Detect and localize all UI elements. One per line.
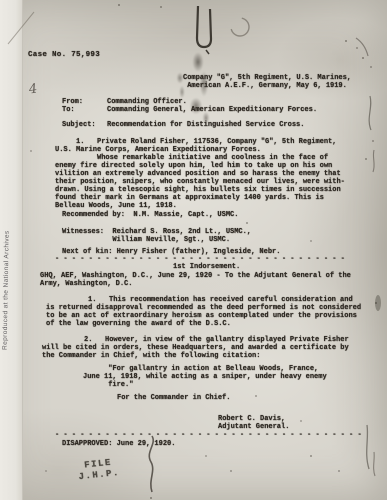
indorsement-heading: 1st Indorsement.: [173, 263, 240, 271]
archive-stamp-text: Reproduced at the National Archives: [2, 192, 19, 350]
case-number: Case No. 75,993: [28, 51, 100, 59]
indorsement-paragraph-1: 1. This recommendation has received care…: [46, 296, 361, 328]
dashed-separator-2: - - - - - - - - - - - - - - - - - - - - …: [55, 431, 362, 439]
recommended-by-line: Recommended by: N.M. Massie, Capt., USMC…: [62, 211, 238, 219]
signature-block: Robert C. Davis, Adjutant General.: [218, 415, 289, 431]
paper-specks: [0, 0, 2, 2]
handwritten-note: 4: [28, 81, 38, 97]
dashed-separator-1: - - - - - - - - - - - - - - - - - - - - …: [55, 255, 345, 263]
ink-smudge-center: [186, 52, 216, 128]
file-note: FILE J.H.P.: [77, 457, 120, 483]
ink-mark-right-3: [367, 425, 369, 469]
indorsement-paragraph-2: 2. However, in view of the gallantry dis…: [42, 336, 349, 360]
from-value: Commanding Officer.: [107, 98, 187, 106]
subject-label: Subject:: [62, 121, 96, 129]
ink-mark-top-right: [356, 38, 368, 56]
letterhead: Company "G", 5th Regiment, U.S. Marines,…: [183, 74, 351, 90]
ink-blob-right: [375, 295, 381, 311]
document-scan: Reproduced at the National Archives Case…: [0, 0, 387, 500]
disapproved-line: DISAPPROVED: June 29, 1920.: [62, 440, 175, 448]
ink-mark-right-4: [374, 452, 375, 476]
for-commander-line: For the Commander in Chief.: [117, 394, 230, 402]
subject-value: Recommendation for Distinguished Service…: [107, 121, 304, 129]
to-label: To:: [62, 106, 75, 114]
ink-mark-right-1: [369, 96, 371, 130]
witnesses-block: Witnesses: Reichard S. Ross, 2nd Lt., US…: [62, 228, 251, 244]
paper-fastener-icon: [197, 6, 211, 47]
ink-mark-right-2: [373, 150, 374, 172]
citation-block: "For gallantry in action at Belleau Wood…: [83, 365, 327, 389]
from-label: From:: [62, 98, 83, 106]
pencil-circle-mark: [231, 18, 249, 36]
indorsement-origin: GHQ, AEF, Washington, D.C., June 29, 192…: [40, 272, 351, 288]
recommendation-paragraph: 1. Private Roland Fisher, 117536, Compan…: [55, 138, 345, 210]
to-value: Commanding General, American Expeditiona…: [107, 106, 317, 114]
